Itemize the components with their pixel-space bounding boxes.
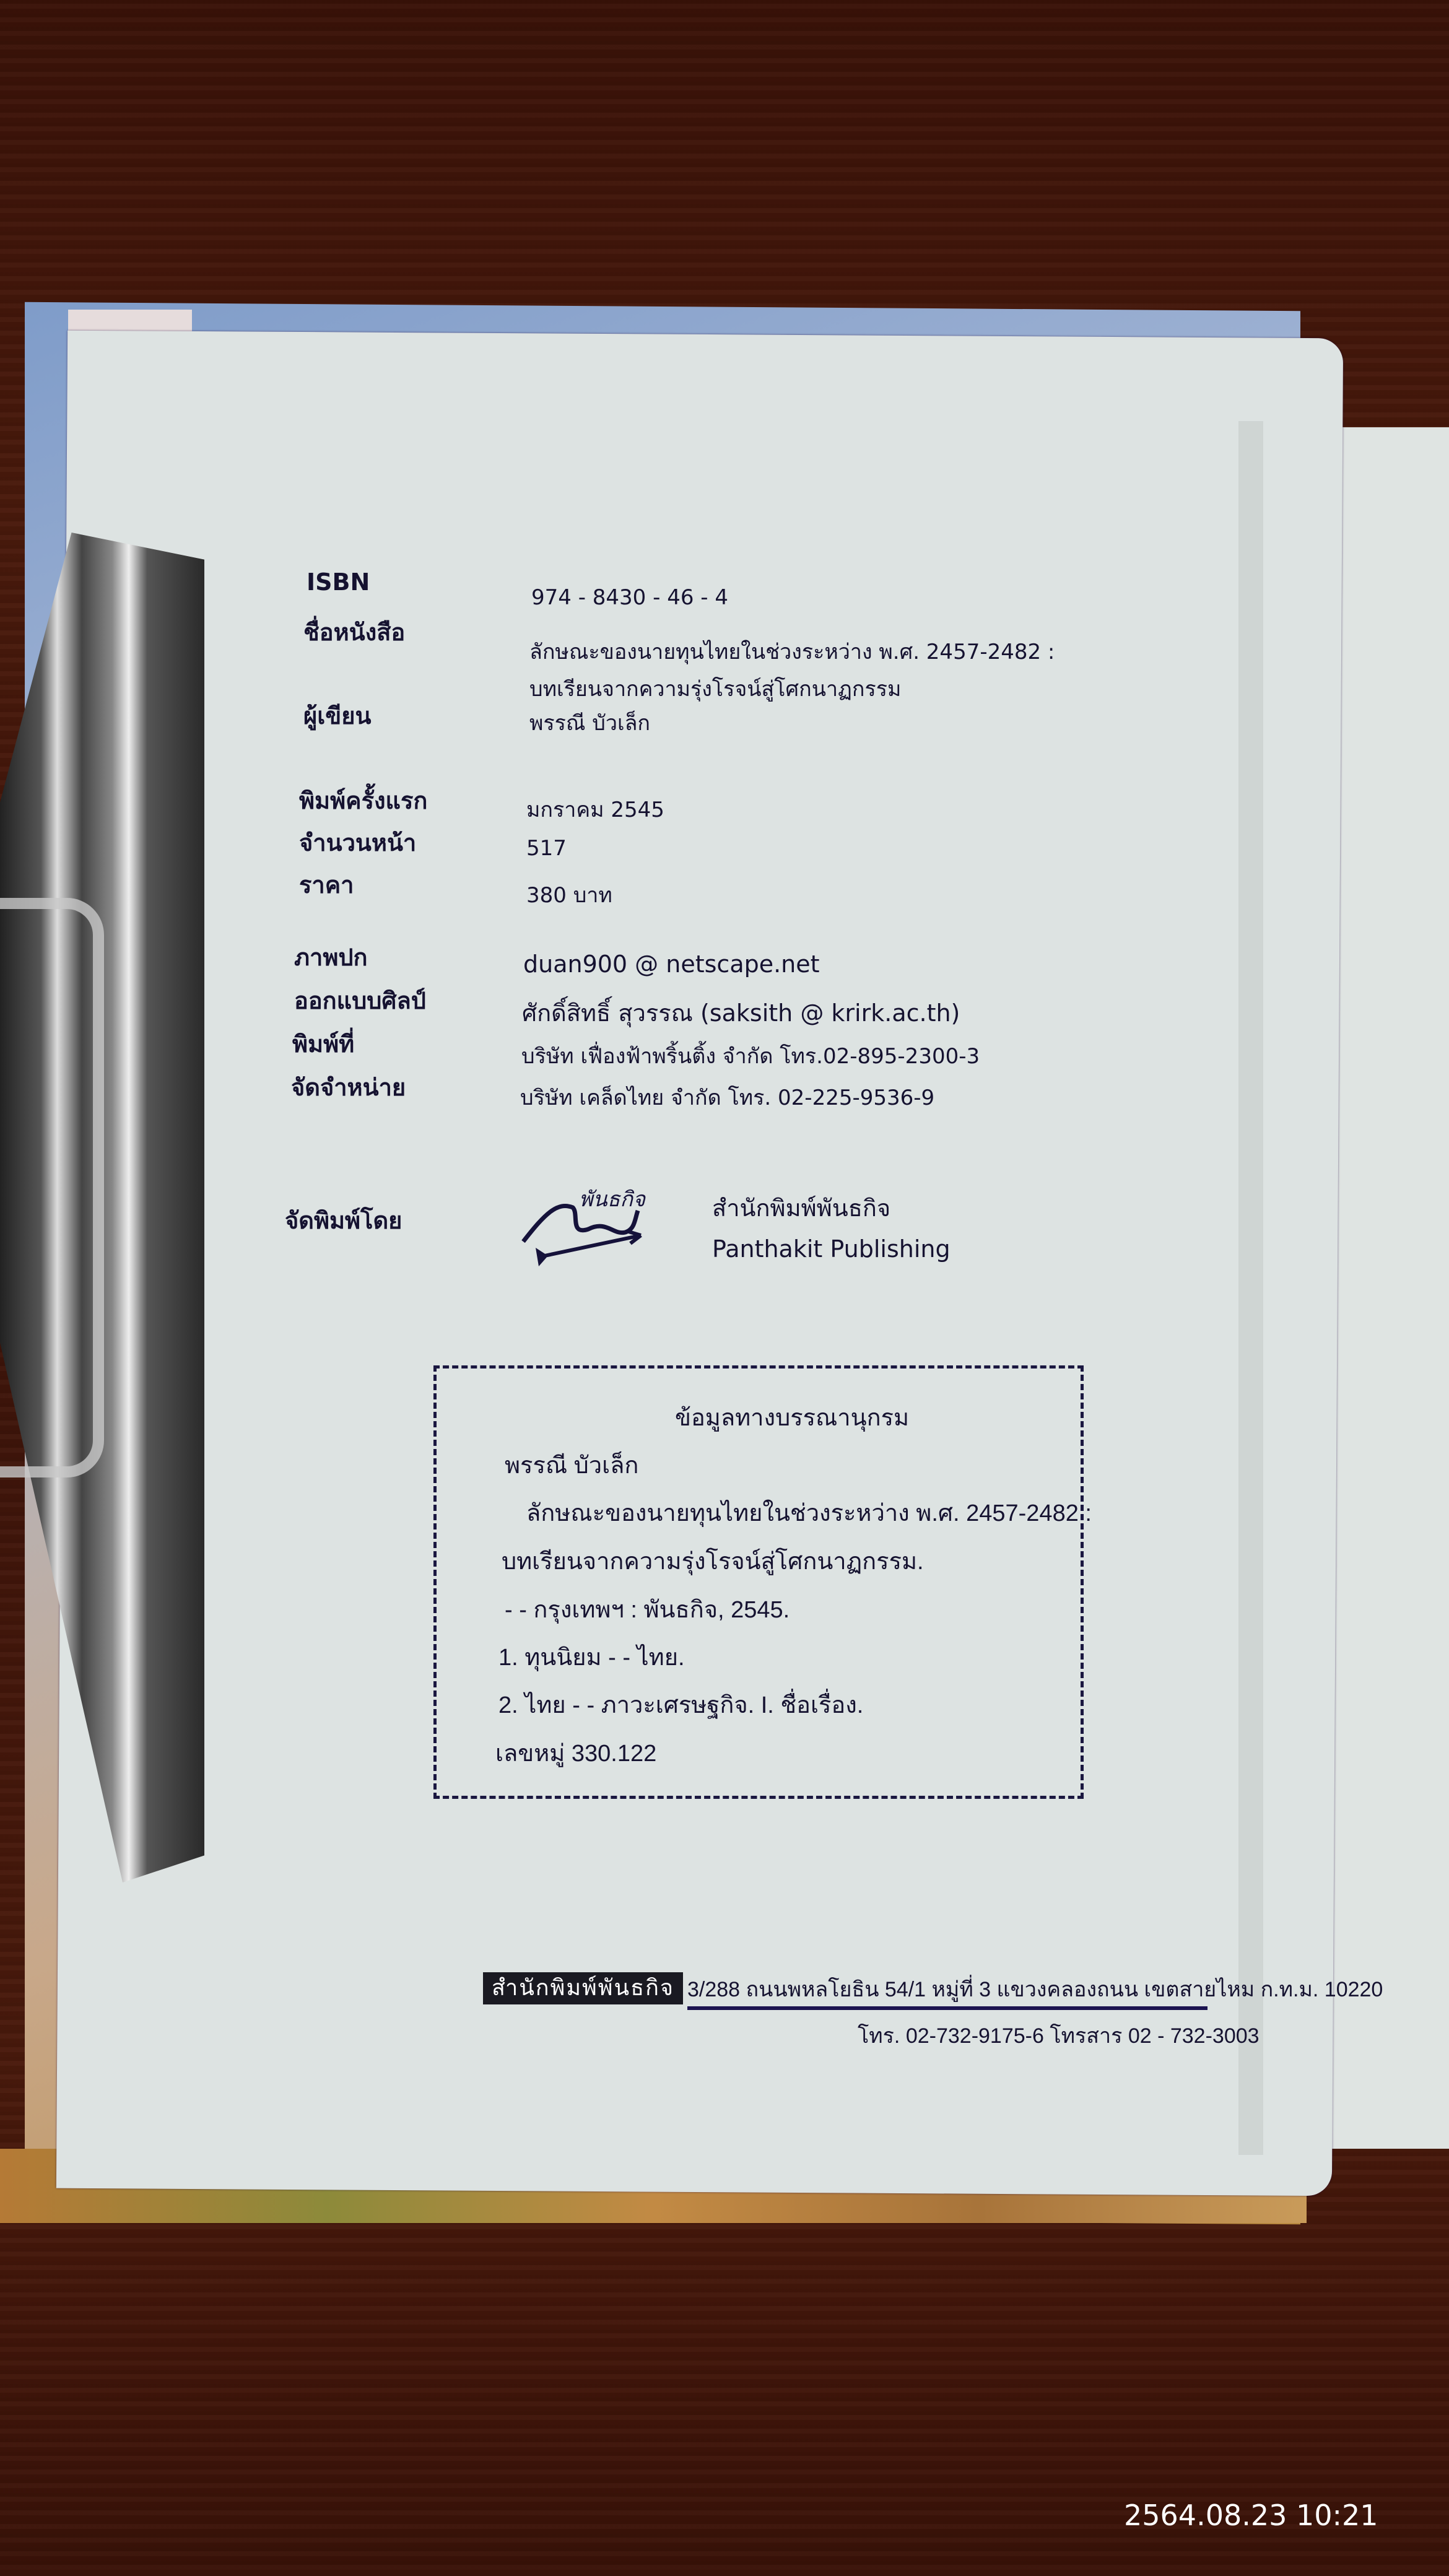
title-label: ชื่อหนังสือ	[303, 613, 405, 651]
isbn-label: ISBN	[307, 568, 370, 596]
printed-at-label: พิมพ์ที่	[292, 1025, 354, 1063]
isbn-value: 974 - 8430 - 46 - 4	[531, 585, 728, 610]
clip-wire	[0, 898, 104, 1477]
catalog-imprint: - - กรุงเทพฯ : พันธกิจ, 2545.	[505, 1590, 790, 1628]
catalog-call-number: เลขหมู่ 330.122	[495, 1734, 656, 1772]
published-by-label: จัดพิมพ์โดย	[285, 1201, 402, 1239]
publisher-address: 3/288 ถนนพหลโยธิน 54/1 หมู่ที่ 3 แขวงคลอ…	[687, 1972, 1383, 2006]
art-design-label: ออกแบบศิลป์	[294, 981, 426, 1019]
distributor-value: บริษัท เคล็ดไทย จำกัด โทร. 02-225-9536-9	[520, 1081, 934, 1114]
title-subtitle-value: บทเรียนจากความรุ่งโรจน์สู่โศกนาฏกรรม	[529, 672, 901, 705]
author-value: พรรณี บัวเล็ก	[529, 706, 650, 739]
catalog-subject-1: 1. ทุนนิยม - - ไทย.	[498, 1638, 685, 1676]
catalog-author: พรรณี บัวเล็ก	[505, 1446, 638, 1484]
cover-image-label: ภาพปก	[294, 938, 368, 976]
catalog-heading: ข้อมูลทางบรรณานุกรม	[675, 1398, 909, 1436]
publisher-thai-name: สำนักพิมพ์พันธกิจ	[712, 1189, 890, 1227]
publisher-badge: สำนักพิมพ์พันธกิจ	[483, 1972, 683, 2004]
cover-image-value: duan900 @ netscape.net	[523, 951, 820, 978]
catalog-title: ลักษณะของนายทุนไทยในช่วงระหว่าง พ.ศ. 245…	[526, 1494, 1092, 1531]
catalog-subtitle: บทเรียนจากความรุ่งโรจน์สู่โศกนาฏกรรม.	[502, 1542, 924, 1580]
author-label: ผู้เขียน	[303, 697, 371, 734]
publisher-phone: โทร. 02-732-9175-6 โทรสาร 02 - 732-3003	[858, 2019, 1260, 2052]
price-value: 380 บาท	[526, 878, 612, 912]
photo-timestamp: 2564.08.23 10:21	[1124, 2499, 1378, 2532]
title-value: ลักษณะของนายทุนไทยในช่วงระหว่าง พ.ศ. 245…	[529, 635, 1055, 668]
panthakit-logo-icon: พันธกิจ	[520, 1177, 706, 1276]
printed-at-value: บริษัท เฟื่องฟ้าพริ้นติ้ง จำกัด โทร.02-8…	[521, 1039, 980, 1073]
publisher-english-name: Panthakit Publishing	[712, 1235, 951, 1263]
distributor-label: จัดจำหน่าย	[291, 1068, 406, 1106]
first-print-label: พิมพ์ครั้งแรก	[299, 781, 427, 819]
page-count-label: จำนวนหน้า	[299, 824, 416, 861]
price-label: ราคา	[299, 866, 354, 903]
page-count-value: 517	[526, 836, 567, 861]
page-gutter	[1238, 421, 1263, 2155]
first-print-value: มกราคม 2545	[526, 793, 664, 826]
art-design-value: ศักดิ์สิทธิ์ สุวรรณ (saksith @ krirk.ac.…	[522, 994, 960, 1032]
svg-text:พันธกิจ: พันธกิจ	[579, 1187, 646, 1212]
catalog-subject-2: 2. ไทย - - ภาวะเศรษฐกิจ. I. ชื่อเรื่อง.	[498, 1686, 863, 1723]
footer-divider	[687, 2006, 1207, 2010]
